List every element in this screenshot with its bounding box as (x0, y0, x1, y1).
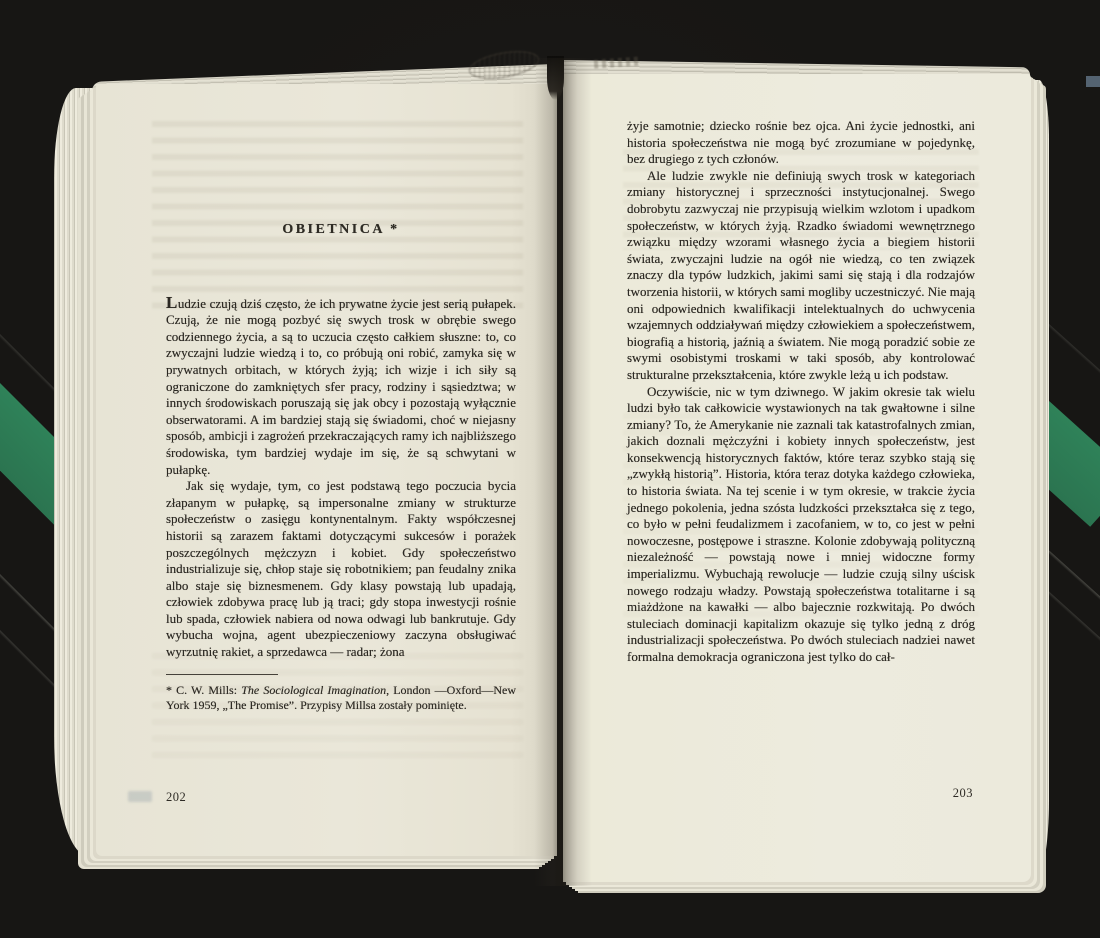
paragraph: Oczywiście, nic w tym dziwnego. W jakim … (627, 384, 975, 666)
page-stack-right-edge (1029, 80, 1049, 880)
page-number-202: 202 (166, 790, 186, 805)
cover-ridge-line (0, 600, 58, 691)
spine-notch-shadow (547, 56, 564, 100)
paragraph: żyje samotnie; dziecko rośnie bez ojca. … (627, 118, 975, 168)
page-number-203: 203 (953, 786, 973, 801)
photographed-book-spread: { "book": { "left_page": { "heading": "O… (0, 0, 1100, 938)
footnote-book-title: The Sociological Imagination (241, 683, 386, 697)
paragraph: Ludzie czują dziś często, że ich prywatn… (166, 295, 516, 479)
library-tag-mark (1086, 76, 1100, 87)
right-page: żyje samotnie; dziecko rośnie bez ojca. … (563, 74, 1031, 882)
paragraph-text: udzie czują dziś często, że ich prywatne… (166, 296, 516, 477)
paragraph: Jak się wydaje, tym, co jest podstawą te… (166, 478, 516, 661)
bleedthrough-page-number (128, 791, 152, 802)
footnote: * C. W. Mills: The Sociological Imaginat… (166, 683, 516, 713)
footnote-rule (166, 674, 278, 675)
right-page-text: żyje samotnie; dziecko rośnie bez ojca. … (627, 118, 975, 666)
chapter-heading: OBIETNICA * (166, 222, 516, 239)
lead-capital-letter: L (166, 293, 178, 312)
page-stack-left-edge (54, 88, 98, 856)
footnote-marker: * C. W. Mills: (166, 683, 241, 697)
paragraph: Ale ludzie zwykle nie definiują swych tr… (627, 168, 975, 384)
left-page: OBIETNICA * Ludzie czują dziś często, że… (96, 84, 557, 856)
